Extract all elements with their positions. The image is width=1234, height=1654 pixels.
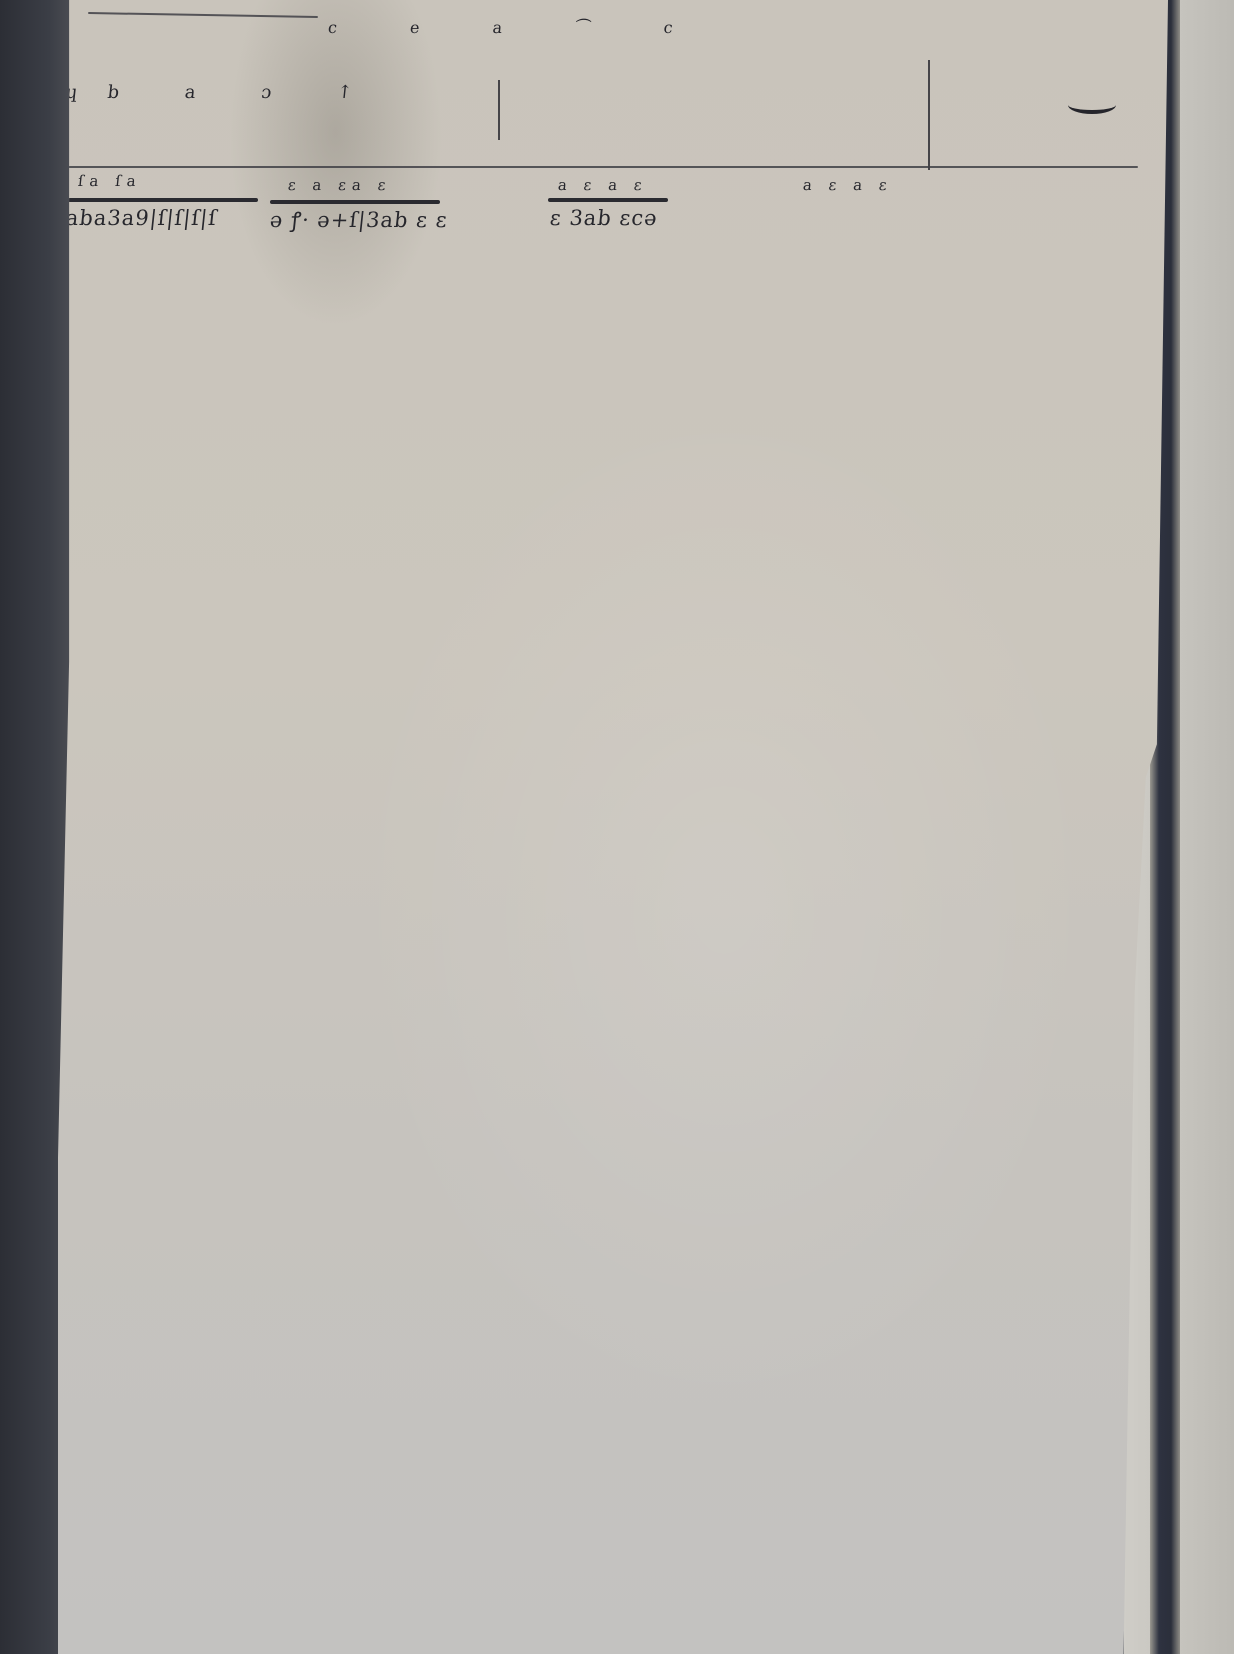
system-divider [58,166,1138,168]
tab-line: aba3a9|ſ|ſ|ſ|ſ [65,206,219,230]
stem [498,80,500,140]
rest-mark [1068,96,1116,114]
tab-top-marks: c e a ⏜ c [327,18,708,38]
beam [68,198,258,202]
rhythm-letters: a ɛ a ɛ [802,176,894,194]
beam [270,200,440,204]
rhythm-letters: ſa ſa [77,172,143,190]
manuscript-page: c e a ⏜ c ɥb a ɔ ↑ ſa ſa aba3a9|ſ|ſ|ſ|ſ … [58,0,1168,1654]
tab-top-marks-2: ɥb a ɔ ↑ [65,82,383,103]
stem [928,60,930,170]
rhythm-letters: ɛ a ɛa ɛ [287,176,392,194]
staff-rule [88,12,318,18]
beam [548,198,668,202]
tab-line: ə ꝭ· ə+ſ|3ab ɛ ɛ [269,206,450,234]
rhythm-letters: a ɛ a ɛ [557,176,649,194]
tab-line: ɛ 3ab ɛcə [549,206,659,230]
